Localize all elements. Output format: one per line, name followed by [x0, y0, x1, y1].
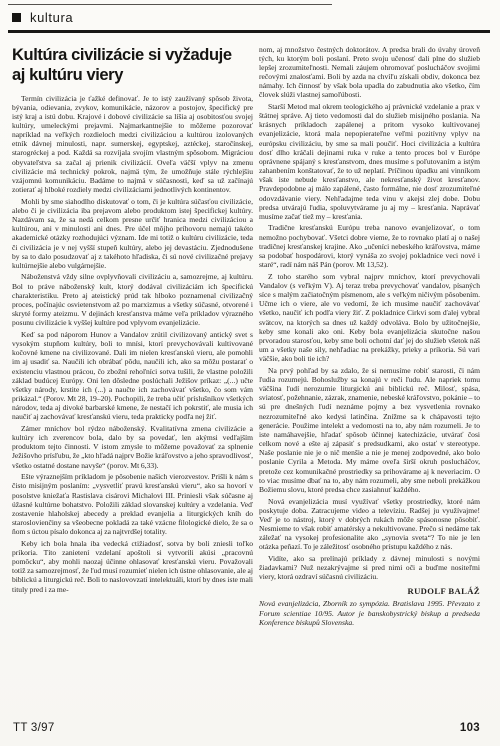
article-paragraph: Ešte výraznejším príkladom je pôsobenie …	[12, 472, 253, 536]
article-paragraph: Vidíte, ako sa prelínajú príklady z dávn…	[259, 554, 480, 581]
article-title-line1: Kultúra civilizácie si vyžaduje	[12, 45, 253, 65]
article-paragraph: Keď sa pod náporom Hunov a Vandalov zrút…	[12, 330, 253, 422]
page-number: 103	[460, 722, 480, 734]
article-body: Kultúra civilizácie si vyžaduje aj kultú…	[12, 45, 480, 628]
section-bullet-icon	[12, 13, 21, 22]
article-paragraph: nom, aj množstvo čestných doktorátov. A …	[259, 45, 480, 100]
section-header: kultura	[12, 10, 490, 25]
article-paragraph: Tradične kresťanskú Európu treba nanovo …	[259, 223, 480, 269]
article-paragraph: Na prvý pohľad by sa zdalo, že si nemusí…	[259, 366, 480, 494]
article-footnote: Nová evanjelizácia, Zborník zo sympózia.…	[259, 599, 480, 627]
page-footer: TT 3/97 103	[13, 722, 480, 734]
article-byline: RUDOLF BALÁŽ	[259, 586, 480, 596]
article-title-line2: aj kultúru viery	[12, 65, 253, 85]
article-paragraph: Nová evanjelizácia musí využívať všetky …	[259, 497, 480, 552]
article-paragraph: Termín civilizácia je ťažké definovať. J…	[12, 94, 253, 195]
section-label: kultura	[30, 10, 73, 25]
article-paragraph: Náboženstvá vždy silne ovplyvňovali civi…	[12, 272, 253, 327]
journal-issue: TT 3/97	[13, 722, 55, 734]
magazine-page: kultura Kultúra civilizácie si vyžaduje …	[0, 0, 500, 746]
article-paragraph: Mohli by sme siahodlho diskutovať o tom,…	[12, 197, 253, 270]
header-rule	[8, 30, 490, 33]
top-rule	[8, 4, 332, 5]
left-column: Kultúra civilizácie si vyžaduje aj kultú…	[12, 45, 253, 628]
article-paragraph: Zámer mníchov bol rýdzo náboženský. Kval…	[12, 424, 253, 470]
right-column: nom, aj množstvo čestných doktorátov. A …	[259, 45, 480, 628]
article-paragraph: Keby ich bola hnala iba vedecká ctižiado…	[12, 539, 253, 594]
article-paragraph: Z toho starého som vybral najprv mníchov…	[259, 272, 480, 364]
article-title: Kultúra civilizácie si vyžaduje aj kultú…	[12, 45, 253, 85]
article-paragraph: Starší Metod mal okrem teologického aj p…	[259, 102, 480, 221]
